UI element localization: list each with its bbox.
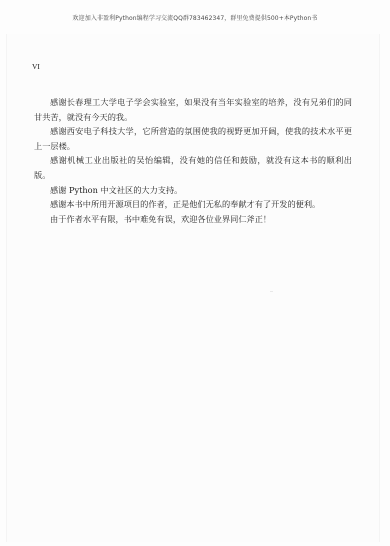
document-page: 欢迎加入非盈利Python编程学习交流QQ群783462347，群里免费提供50… <box>0 0 390 546</box>
watermark-banner: 欢迎加入非盈利Python编程学习交流QQ群783462347，群里免费提供50… <box>0 13 390 22</box>
paragraph: 感谢本书中所用开源项目的作者，正是他们无私的奉献才有了开发的便利。 <box>34 197 352 212</box>
paragraph: 感谢长春理工大学电子学会实验室，如果没有当年实验室的培养，没有兄弟们的同甘共苦，… <box>34 95 352 124</box>
paragraph: 感谢机械工业出版社的吴怡编辑，没有她的信任和鼓励，就没有这本书的顺利出版。 <box>34 153 352 182</box>
paragraph: 感谢西安电子科技大学，它所营造的氛围使我的视野更加开阔，使我的技术水平更上一层楼… <box>34 124 352 153</box>
paragraph: 感谢 Python 中文社区的大力支持。 <box>34 183 352 198</box>
scan-artifact <box>270 291 273 292</box>
paragraph: 由于作者水平有限，书中难免有误，欢迎各位业界同仁斧正！ <box>34 212 352 227</box>
acknowledgements-text: 感谢长春理工大学电子学会实验室，如果没有当年实验室的培养，没有兄弟们的同甘共苦，… <box>34 95 352 226</box>
page-number: VI <box>32 62 40 71</box>
